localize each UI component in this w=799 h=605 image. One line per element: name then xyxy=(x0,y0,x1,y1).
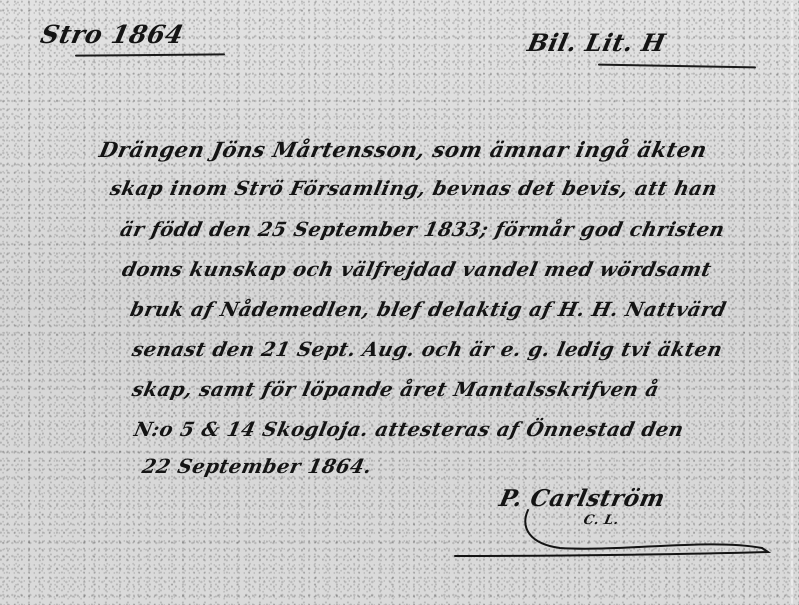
body-line-1: Drängen Jöns Mårtensson, som ämnar ingå … xyxy=(97,137,710,162)
header-attachment-reference: Bil. Lit. H xyxy=(525,28,668,57)
paper-edge xyxy=(791,0,793,605)
body-line-7: skap, samt för löpande året Mantalsskrif… xyxy=(130,378,661,401)
header-left-underline xyxy=(75,53,225,56)
body-line-3: är född den 25 September 1833; förmår go… xyxy=(118,218,727,241)
body-line-2: skap inom Strö Församling, bevnas det be… xyxy=(108,177,720,200)
signature-flourish-icon xyxy=(450,508,780,558)
body-line-8: N:o 5 & 14 Skogloja. attesteras af Önnes… xyxy=(132,418,686,441)
body-line-5: bruk af Nådemedlen, blef delaktig af H. … xyxy=(128,298,729,321)
body-line-4: doms kunskap och välfrejdad vandel med w… xyxy=(120,258,714,281)
body-line-6: senast den 21 Sept. Aug. och är e. g. le… xyxy=(130,338,725,361)
header-parish-year: Stro 1864 xyxy=(38,20,186,49)
header-right-underline xyxy=(598,64,756,68)
body-line-9-date: 22 September 1864. xyxy=(140,455,374,478)
